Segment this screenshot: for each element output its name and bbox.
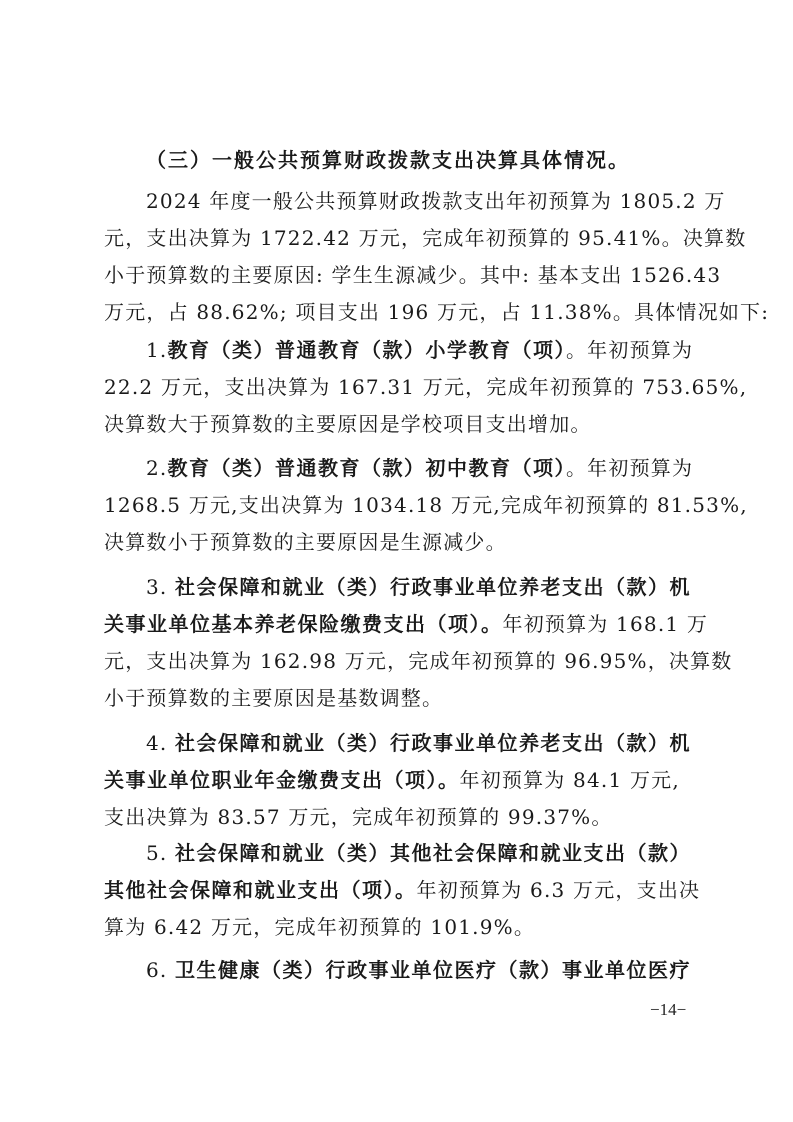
document-page: （三）一般公共预算财政拨款支出决算具体情况。 2024 年度一般公共预算财政拨款… [0, 0, 793, 1122]
item-3-title-line-2: 关事业单位基本养老保险缴费支出（项）。年初预算为 168.1 万 [104, 611, 692, 637]
item-5-title-line-2: 其他社会保障和就业支出（项）。年初预算为 6.3 万元，支出决 [104, 877, 692, 903]
intro-line-2: 元，支出决算为 1722.42 万元，完成年初预算的 95.41%。决算数 [104, 225, 692, 251]
item-6-number: 6. [146, 958, 167, 982]
item-5-title-rest: 年初预算为 6.3 万元，支出决 [417, 878, 701, 902]
item-4-title-2: 关事业单位职业年金缴费支出（项）。 [104, 768, 460, 792]
item-2-title: 教育（类）普通教育（款）初中教育（项） [167, 456, 566, 480]
item-6-title-line-1: 6. 卫生健康（类）行政事业单位医疗（款）事业单位医疗 [146, 957, 692, 983]
item-2-line-3: 决算数小于预算数的主要原因是生源减少。 [104, 529, 692, 555]
item-2-line-2: 1268.5 万元,支出决算为 1034.18 万元,完成年初预算的 81.53… [104, 492, 692, 518]
item-1-line-3: 决算数大于预算数的主要原因是学校项目支出增加。 [104, 411, 692, 437]
intro-line-3: 小于预算数的主要原因: 学生生源减少。其中: 基本支出 1526.43 [104, 262, 692, 288]
item-5-title-1: 社会保障和就业（类）其他社会保障和就业支出（款） [175, 841, 691, 865]
item-3-title-line-1: 3. 社会保障和就业（类）行政事业单位养老支出（款）机 [146, 574, 692, 600]
item-4-line-3: 支出决算为 83.57 万元，完成年初预算的 99.37%。 [104, 804, 692, 830]
item-3-number: 3. [146, 575, 167, 599]
item-4-title-line-1: 4. 社会保障和就业（类）行政事业单位养老支出（款）机 [146, 730, 692, 756]
item-3-line-4: 小于预算数的主要原因是基数调整。 [104, 685, 692, 711]
section-heading: （三）一般公共预算财政拨款支出决算具体情况。 [146, 147, 692, 173]
item-2-number: 2. [146, 456, 167, 480]
item-5-title-line-1: 5. 社会保障和就业（类）其他社会保障和就业支出（款） [146, 840, 692, 866]
item-4-number: 4. [146, 731, 167, 755]
item-4-title-line-2: 关事业单位职业年金缴费支出（项）。年初预算为 84.1 万元, [104, 767, 692, 793]
item-1-line-2: 22.2 万元，支出决算为 167.31 万元，完成年初预算的 753.65%, [104, 374, 692, 400]
intro-line-4: 万元，占 88.62%; 项目支出 196 万元，占 11.38%。具体情况如下… [104, 299, 692, 325]
item-5-title-2: 其他社会保障和就业支出（项）。 [104, 878, 417, 902]
item-3-line-3: 元，支出决算为 162.98 万元，完成年初预算的 96.95%，决算数 [104, 648, 692, 674]
item-1-title-line: 1.教育（类）普通教育（款）小学教育（项）。年初预算为 [146, 337, 692, 363]
item-5-line-3: 算为 6.42 万元，完成年初预算的 101.9%。 [104, 914, 692, 940]
page-number: −14− [650, 1000, 686, 1020]
item-2-title-rest: 。年初预算为 [566, 456, 693, 480]
item-1-title: 教育（类）普通教育（款）小学教育（项） [167, 338, 566, 362]
item-5-number: 5. [146, 841, 167, 865]
item-6-title-1: 卫生健康（类）行政事业单位医疗（款）事业单位医疗 [175, 958, 691, 982]
item-4-title-rest: 年初预算为 84.1 万元, [460, 768, 680, 792]
item-3-title-1: 社会保障和就业（类）行政事业单位养老支出（款）机 [175, 575, 691, 599]
intro-line-1: 2024 年度一般公共预算财政拨款支出年初预算为 1805.2 万 [146, 188, 692, 214]
item-1-number: 1. [146, 338, 167, 362]
item-3-title-rest: 年初预算为 168.1 万 [503, 612, 709, 636]
item-4-title-1: 社会保障和就业（类）行政事业单位养老支出（款）机 [175, 731, 691, 755]
item-1-title-rest: 。年初预算为 [566, 338, 693, 362]
item-2-title-line: 2.教育（类）普通教育（款）初中教育（项）。年初预算为 [146, 455, 692, 481]
item-3-title-2: 关事业单位基本养老保险缴费支出（项）。 [104, 612, 503, 636]
